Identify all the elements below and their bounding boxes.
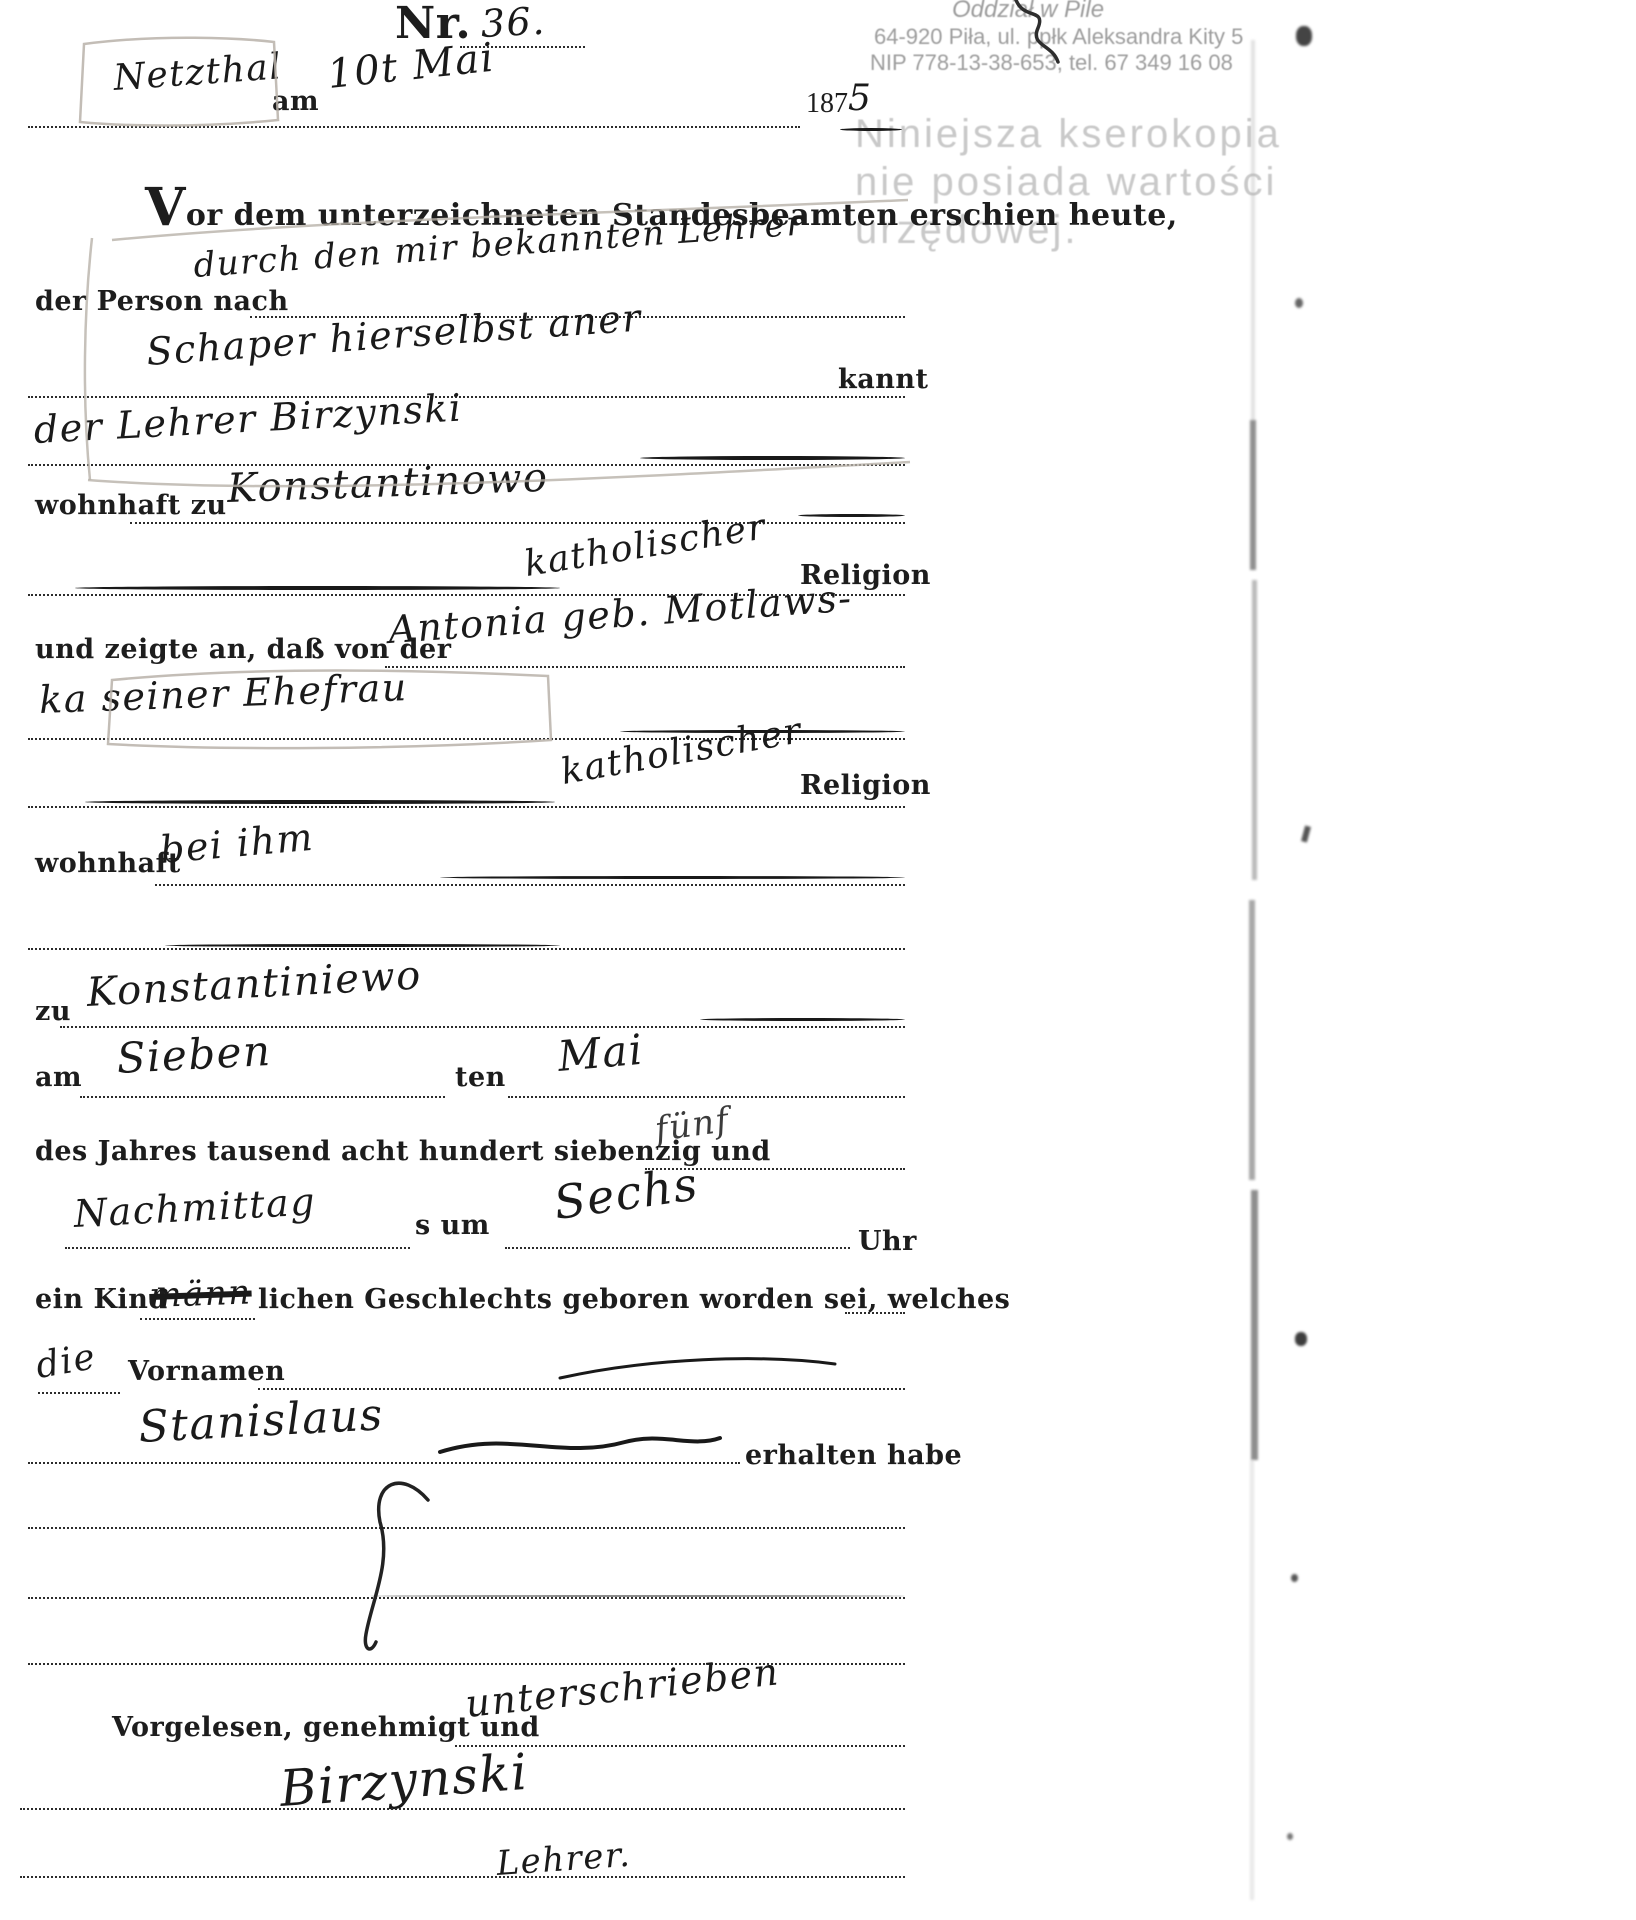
pen-and-pencil-marks-layer <box>0 0 1636 1920</box>
pen-flourish-name <box>440 1438 720 1452</box>
pen-flourish-vornamen <box>560 1359 835 1378</box>
scan-speck <box>1295 298 1303 308</box>
pen-stroke-blank-area <box>365 1483 428 1649</box>
scanned-birth-certificate: Oddział w Pile 64-920 Piła, ul. ppłk Ale… <box>0 0 1636 1920</box>
scan-speck <box>1287 1833 1293 1840</box>
scan-speck <box>1291 1574 1298 1582</box>
scan-streak <box>1249 900 1255 1180</box>
scan-streak <box>1250 420 1256 570</box>
scan-streak <box>1250 1460 1254 1900</box>
scan-speck <box>1296 26 1312 46</box>
scan-streak <box>1251 40 1255 420</box>
pencil-line-top <box>112 200 908 240</box>
pencil-box-place <box>80 38 278 126</box>
scan-streak <box>1252 580 1257 880</box>
scan-speck <box>1295 1332 1307 1346</box>
pencil-line-left <box>85 238 92 480</box>
pencil-line-bottom <box>88 462 910 486</box>
pencil-box-ehefrau <box>108 671 551 749</box>
pen-squiggle-stamp <box>1016 0 1058 62</box>
scan-streak <box>1251 1190 1258 1460</box>
